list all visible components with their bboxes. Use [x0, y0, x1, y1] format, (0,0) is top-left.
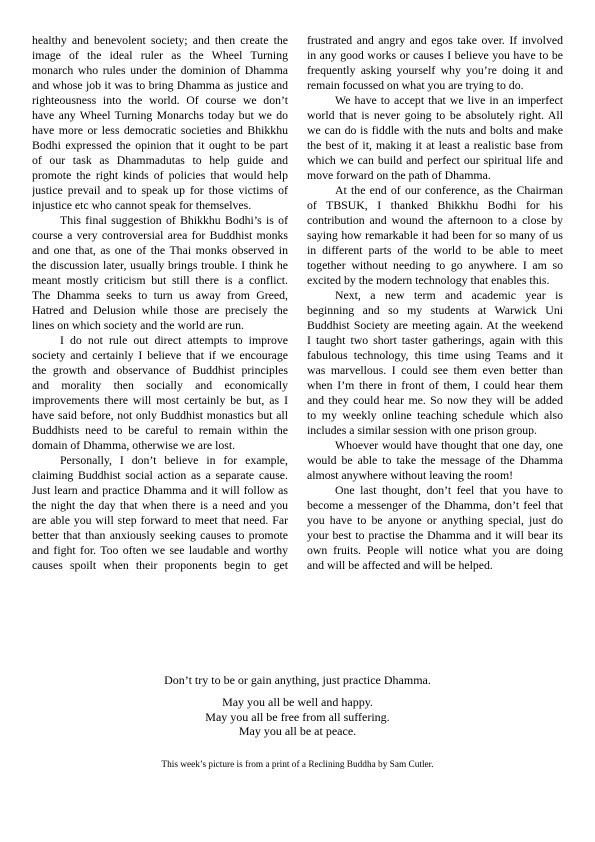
paragraph: At the end of our conference, as the Cha… — [307, 183, 563, 288]
text-line: have said before, not only Buddhist mona… — [32, 408, 288, 423]
text-line: together without needing to go anywhere.… — [307, 258, 563, 273]
text-line: would be able to take the message of the… — [307, 453, 563, 468]
text-line: and they could hear me. So now they will… — [307, 393, 563, 408]
text-line: of our task as Dhammadutas to help guide… — [32, 153, 288, 168]
text-line: and morality then socially and economica… — [32, 378, 288, 393]
text-line: righteousness into the world. Of course … — [32, 93, 288, 108]
text-line: domain of Dhamma, otherwise we are lost. — [32, 438, 288, 453]
text-line: have any Wheel Turning Monarchs today bu… — [32, 108, 288, 123]
text-line: saying how remarkable it had been for so… — [307, 228, 563, 243]
left-text-column: healthy and benevolent society; and then… — [32, 33, 288, 573]
blessing-line: May you all be free from all suffering. — [0, 710, 595, 725]
text-line: and fight for. Too often we see laudable… — [32, 543, 288, 558]
text-line: own fruits. People will notice what you … — [307, 543, 563, 558]
blessing-line: May you all be at peace. — [0, 724, 595, 739]
text-line: meant mostly criticism but still there i… — [32, 273, 288, 288]
text-line: world that is never going to be absolute… — [307, 108, 563, 123]
text-line: the best of it, making it at least a rea… — [307, 138, 563, 153]
picture-caption: This week’s picture is from a print of a… — [0, 760, 595, 771]
text-line: become a messenger of the Dhamma, don’t … — [307, 498, 563, 513]
paragraph: I do not rule out direct attempts to imp… — [32, 333, 288, 453]
text-line: society and certainly I believe that if … — [32, 348, 288, 363]
text-line: and whose job it was to bring Dhamma as … — [32, 78, 288, 93]
text-line: includes a similar session with one pris… — [307, 423, 563, 438]
text-line: I taught two short taster gatherings, ag… — [307, 333, 563, 348]
text-line: the night the day that when there is a n… — [32, 498, 288, 513]
text-line: This final suggestion of Bhikkhu Bodhi’s… — [32, 213, 288, 228]
text-line: of TBSUK, I thanked Bhikkhu Bodhi for hi… — [307, 198, 563, 213]
text-line: better that than anxiously seeking cause… — [32, 528, 288, 543]
text-line: injustice etc who cannot speak for thems… — [32, 198, 288, 213]
text-line: and will be affected and will be helped. — [307, 558, 563, 573]
text-line: frequently asking yourself why you’re do… — [307, 63, 563, 78]
text-line: Hatred and Delusion while those are prec… — [32, 303, 288, 318]
text-line: Whoever would have thought that one day,… — [307, 438, 563, 453]
text-line: your best to practise the Dhamma and it … — [307, 528, 563, 543]
text-line: the growth and observance of Buddhist pr… — [32, 363, 288, 378]
text-line: claiming Buddhist social action as a sep… — [32, 468, 288, 483]
text-line: fabulous technology, this time using Tea… — [307, 348, 563, 363]
text-line: Personally, I don’t believe in for examp… — [32, 453, 288, 468]
text-line: Bodhi expressed the opinion that it ough… — [32, 138, 288, 153]
text-line: to my weekly online teaching schedule wh… — [307, 408, 563, 423]
text-line: was marvellous. I could see them even be… — [307, 363, 563, 378]
text-line: we can do is fiddle with the nuts and bo… — [307, 123, 563, 138]
paragraph: Next, a new term and academic year is be… — [307, 288, 563, 438]
paragraph: healthy and benevolent society; and then… — [32, 33, 288, 213]
text-line: you have to be anyone or anything specia… — [307, 513, 563, 528]
text-line: We have to accept that we live in an imp… — [307, 93, 563, 108]
text-line: excited by the modern technology that en… — [307, 273, 563, 288]
text-line: One last thought, don’t feel that you ha… — [307, 483, 563, 498]
paragraph: frustrated and angry and egos take over.… — [307, 33, 563, 93]
text-line: Just learn and practice Dhamma and it wi… — [32, 483, 288, 498]
text-line: in different parts of the world to be ab… — [307, 243, 563, 258]
text-line: remain focussed on what you are trying t… — [307, 78, 563, 93]
text-line: healthy and benevolent society; and then… — [32, 33, 288, 48]
right-text-column: frustrated and angry and egos take over.… — [307, 33, 563, 573]
text-line: At the end of our conference, as the Cha… — [307, 183, 563, 198]
text-line: frustrated and angry and egos take over.… — [307, 33, 563, 48]
text-line: contribution and wound the afternoon to … — [307, 213, 563, 228]
text-line: Buddhists need to be careful to remain w… — [32, 423, 288, 438]
text-line: and one that, as one of the Thai monks o… — [32, 243, 288, 258]
text-line: justice prevail and to speak up for thos… — [32, 183, 288, 198]
text-line: move forward on the path of Dhamma. — [307, 168, 563, 183]
text-line: image of the ideal ruler as the Wheel Tu… — [32, 48, 288, 63]
closing-motto: Don’t try to be or gain anything, just p… — [0, 673, 595, 687]
text-line: improvements there will most certainly b… — [32, 393, 288, 408]
text-line: lines on which society and the world are… — [32, 318, 288, 333]
text-line: beginning and so my students at Warwick … — [307, 303, 563, 318]
text-line: Buddhist Society are meeting again. At t… — [307, 318, 563, 333]
text-line: when I’m there in front of them, I could… — [307, 378, 563, 393]
text-line: The Dhamma seeks to turn us away from Gr… — [32, 288, 288, 303]
text-line: almost anywhere without leaving the room… — [307, 468, 563, 483]
text-line: which we can build and perfect our spiri… — [307, 153, 563, 168]
text-line: monarch who rules under the dominion of … — [32, 63, 288, 78]
text-line: Next, a new term and academic year is — [307, 288, 563, 303]
paragraph: This final suggestion of Bhikkhu Bodhi’s… — [32, 213, 288, 333]
text-line: in any good works or causes I believe yo… — [307, 48, 563, 63]
blessing-line: May you all be well and happy. — [0, 695, 595, 710]
text-line: causes spoilt when their proponents begi… — [32, 558, 288, 573]
paragraph: One last thought, don’t feel that you ha… — [307, 483, 563, 573]
text-line: course a very controversial area for Bud… — [32, 228, 288, 243]
text-line: the discussion later, usually brings tro… — [32, 258, 288, 273]
text-line: are able you will step forward to meet t… — [32, 513, 288, 528]
closing-blessings: May you all be well and happy. May you a… — [0, 695, 595, 739]
paragraph: Whoever would have thought that one day,… — [307, 438, 563, 483]
text-line: promote the right kinds of policies that… — [32, 168, 288, 183]
paragraph: We have to accept that we live in an imp… — [307, 93, 563, 183]
text-line: have more or less democratic societies a… — [32, 123, 288, 138]
text-line: I do not rule out direct attempts to imp… — [32, 333, 288, 348]
paragraph: Personally, I don’t believe in for examp… — [32, 453, 288, 573]
